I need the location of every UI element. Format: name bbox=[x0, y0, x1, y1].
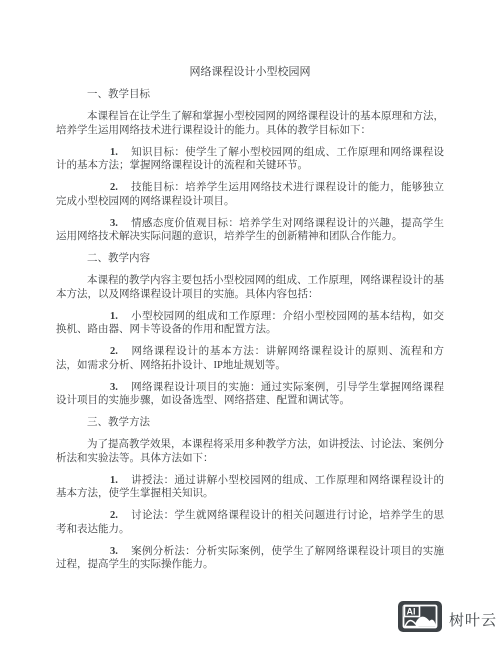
item-number: 3. bbox=[110, 546, 118, 557]
item-number: 1. bbox=[110, 475, 118, 486]
document-body: 网络课程设计小型校园网 一、教学目标 本课程旨在让学生了解和掌握小型校园网的网络… bbox=[56, 66, 444, 580]
list-item: 1.知识目标：使学生了解小型校园网的组成、工作原理和网络课程设计的基本方法；掌握… bbox=[56, 146, 444, 173]
item-number: 2. bbox=[110, 346, 118, 357]
item-number: 3. bbox=[110, 218, 118, 229]
list-item: 3.案例分析法：分析实际案例，使学生了解网络课程设计项目的实施过程，提高学生的实… bbox=[56, 545, 444, 572]
item-number: 1. bbox=[110, 147, 118, 158]
list-item: 3.网络课程设计项目的实施：通过实际案例，引导学生掌握网络课程设计项目的实施步骤… bbox=[56, 381, 444, 408]
item-number: 1. bbox=[110, 311, 118, 322]
ai-image-icon: AI bbox=[398, 601, 442, 637]
section-intro-1: 本课程旨在让学生了解和掌握小型校园网的网络课程设计的基本原理和方法，培养学生运用… bbox=[56, 110, 444, 137]
list-item: 2.讨论法：学生就网络课程设计的相关问题进行讨论，培养学生的思考和表达能力。 bbox=[56, 509, 444, 536]
section-heading-2: 二、教学内容 bbox=[56, 252, 444, 266]
list-item: 2.网络课程设计的基本方法：讲解网络课程设计的原则、流程和方法，如需求分析、网络… bbox=[56, 345, 444, 372]
list-item: 3.情感态度价值观目标：培养学生对网络课程设计的兴趣，提高学生运用网络技术解决实… bbox=[56, 217, 444, 244]
section-intro-2: 本课程的教学内容主要包括小型校园网的组成、工作原理，网络课程设计的基本方法，以及… bbox=[56, 274, 444, 301]
watermark: AI 树叶云 bbox=[398, 601, 497, 637]
list-item: 2.技能目标：培养学生运用网络技术进行课程设计的能力，能够独立完成小型校园网的网… bbox=[56, 181, 444, 208]
section-heading-1: 一、教学目标 bbox=[56, 88, 444, 102]
list-item: 1.小型校园网的组成和工作原理：介绍小型校园网的基本结构，如交换机、路由器、网卡… bbox=[56, 310, 444, 337]
item-number: 3. bbox=[110, 382, 118, 393]
section-intro-3: 为了提高教学效果，本课程将采用多种教学方法，如讲授法、讨论法、案例分析法和实验法… bbox=[56, 438, 444, 465]
document-page: 网络课程设计小型校园网 一、教学目标 本课程旨在让学生了解和掌握小型校园网的网络… bbox=[0, 0, 500, 647]
document-title: 网络课程设计小型校园网 bbox=[56, 66, 444, 80]
section-heading-3: 三、教学方法 bbox=[56, 416, 444, 430]
svg-text:AI: AI bbox=[407, 607, 416, 617]
list-item: 1.讲授法：通过讲解小型校园网的组成、工作原理和网络课程设计的基本方法，使学生掌… bbox=[56, 474, 444, 501]
item-number: 2. bbox=[110, 182, 118, 193]
watermark-brand: 树叶云 bbox=[449, 609, 497, 630]
item-number: 2. bbox=[110, 510, 118, 521]
